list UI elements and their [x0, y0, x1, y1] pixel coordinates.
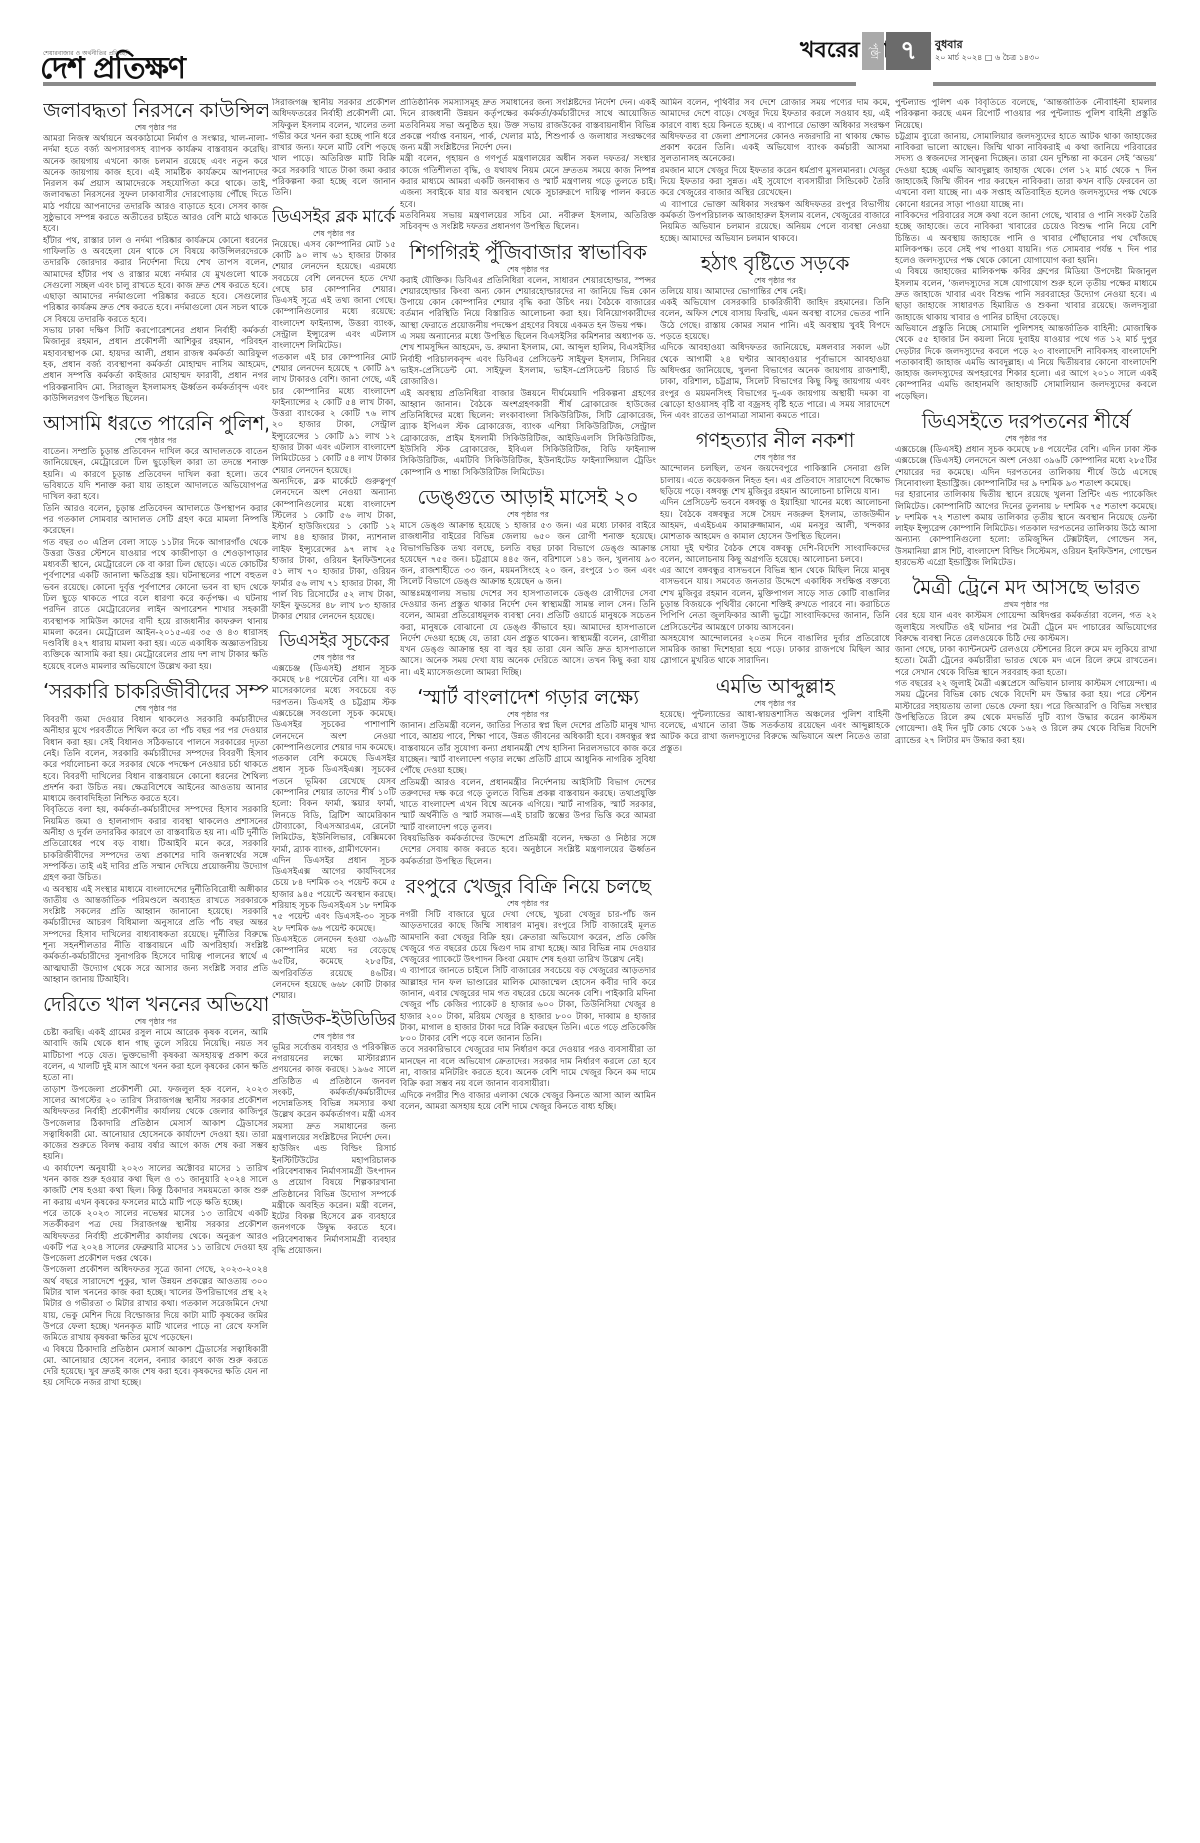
news-article: ডিএসইর ব্লক মার্কেটেশেষ পৃষ্ঠার পরনিয়েছ… — [272, 206, 396, 624]
article-paragraph: ডিএসইতে লেনদেন হওয়া ৩৯৬টি কোম্পানির মধ্… — [272, 935, 396, 1003]
article-paragraph: আন্তঃমন্ত্রণালয় সভায় দেশের সব হাসপাতাল… — [400, 589, 656, 679]
article-headline[interactable]: গণহত্যার নীল নকশা — [660, 428, 890, 452]
article-body: মাসে ডেঙ্গু আক্রান্ত হয়েছে ১ হাজার ৫৩ জ… — [400, 521, 656, 679]
news-article: রাজউক-ইউডিডিরশেষ পৃষ্ঠার পরভূমির সর্বোত্… — [272, 1009, 396, 1258]
article-paragraph: এ ব্যাপারে ভোক্তা অধিকার সংরক্ষণ অধিদফতর… — [660, 200, 890, 245]
article-paragraph: উপজেলা প্রকৌশল অধিদফতর সূত্রে জানা গেছে,… — [43, 1265, 268, 1344]
article-paragraph: পরে তাকে ২০২৩ সালের নভেম্বর মাসের ১৩ তার… — [43, 1209, 268, 1265]
header-rule-left — [43, 82, 856, 86]
article-paragraph: চেষ্টা করছি। একই গ্রামের রসুল নামে আরেক … — [43, 1028, 268, 1084]
continued-label: শেষ পৃষ্ঠার পর — [43, 122, 268, 133]
article-paragraph: সিরাজগঞ্জ স্থানীয় সরকার প্রকৌশল অধিদফতর… — [272, 98, 396, 200]
news-article: ‘সরকারি চাকরিজীবীদের সম্পদের তথ্যশেষ পৃষ… — [43, 679, 268, 986]
article-body: নগরী সিটি বাজারে ঘুরে দেখা গেছে, খুচরা খ… — [400, 910, 656, 1113]
continued-label: শেষ পৃষ্ঠার পর — [895, 433, 1157, 444]
article-paragraph: করাই যৌক্তিক। ডিবিএর প্রতিনিধিরা বলেন, স… — [400, 276, 656, 332]
article-paragraph: এ বিষয়ে ঠিকাদারি প্রতিষ্ঠান মেসার্স আকা… — [43, 1345, 268, 1390]
article-paragraph: এদিকে নগরীর শিও বাজার এলাকা থেকে খেজুর ক… — [400, 1091, 656, 1114]
masthead: শেয়ারবাজার ও অর্থনীতির প্রতিচ্ছবি দেশ প… — [0, 0, 1200, 95]
article-headline[interactable]: রংপুরে খেজুর বিক্রি নিয়ে চলছে — [400, 874, 656, 898]
article-headline[interactable]: রাজউক-ইউডিডির — [272, 1009, 396, 1031]
article-paragraph: চট্টগ্রাম ব্যুরো জানায়, সোমালিয়ার জলদস… — [895, 132, 1157, 211]
article-paragraph: আমিন বলেন, পৃথিবীর সব দেশে রোজার সময় পণ… — [660, 98, 890, 166]
article-paragraph: বাতেন। সম্প্রতি চূড়ান্ত প্রতিবেদন দাখিল… — [43, 447, 268, 503]
article-body: সিরাজগঞ্জ স্থানীয় সরকার প্রকৌশল অধিদফতর… — [272, 98, 396, 200]
article-paragraph: এ সময় অন্যান্যের মধ্যে উপস্থিত ছিলেন বি… — [400, 332, 656, 388]
article-headline[interactable]: ডিএসইর সূচকের — [272, 630, 396, 652]
article-paragraph: আন্দোলন চলছিল, তখন জয়দেবপুরে পাকিস্তানি… — [660, 464, 890, 498]
article-paragraph: হাউজিং এন্ড বিল্ডিং রিসার্চ ইনস্টিটিউটের… — [272, 1144, 396, 1257]
continued-label: শেষ পৃষ্ঠার পর — [272, 652, 396, 663]
continued-label: শেষ পৃষ্ঠার পর — [660, 452, 890, 463]
article-paragraph: হাঁটার পথ, রাস্তার ঢাল ও নর্দমা পরিষ্কার… — [43, 236, 268, 326]
article-paragraph: হয়েছে। পুন্টল্যান্ডের আধা-স্বায়ত্তশাসি… — [660, 710, 890, 755]
article-paragraph: পুন্টল্যান্ড পুলিশ এক বিবৃতিতে বলেছে, ‘আ… — [895, 98, 1157, 132]
article-headline[interactable]: জলাবদ্ধতা নিরসনে কাউন্সিলরদের মাঠে — [43, 98, 268, 122]
article-headline[interactable]: মৈত্রী ট্রেনে মদ আসছে ভারত — [895, 575, 1157, 599]
newspaper-logo[interactable]: দেশ প্রতিক্ষণ — [40, 54, 185, 84]
article-paragraph: তাড়াশ উপজেলা প্রকৌশলী মো. ফজলুল হক বলেন… — [43, 1085, 268, 1164]
article-headline[interactable]: ‘স্মার্ট বাংলাদেশ গড়ার লক্ষ্যে — [400, 685, 656, 709]
article-body: জানান। প্রতিমন্ত্রী বলেন, জাতির পিতার স্… — [400, 721, 656, 868]
article-body: হয়েছে। পুন্টল্যান্ডের আধা-স্বায়ত্তশাসি… — [660, 710, 890, 755]
continued-label: শেষ পৃষ্ঠার পর — [660, 698, 890, 709]
article-paragraph: গত বছরের ২২ জুলাই মৈত্রী এক্সপ্রেসে অভিয… — [895, 679, 1157, 747]
date-full: ২০ মার্চ ২০২৪ □ ৬ চৈত্র ১৪৩০ — [935, 52, 1040, 65]
article-paragraph: প্রতিমন্ত্রী আরও বলেন, প্রধানমন্ত্রীর নি… — [400, 778, 656, 834]
continued-label: শেষ পৃষ্ঠার পর — [400, 264, 656, 275]
article-paragraph: প্রাতিষ্ঠানিক সমস্যাসমূহ দ্রুত সমাধানের … — [400, 98, 656, 154]
article-paragraph: এ বিষয়ে জাহাজের মালিকপক্ষ কবির গ্রুপের … — [895, 267, 1157, 323]
article-paragraph: তবে সরকারিভাবে খেজুরের দাম নির্ধারণ করে … — [400, 1045, 656, 1090]
article-body: নিয়েছে। এসব কোম্পানির মোট ১৫ কোটি ৯০ লা… — [272, 240, 396, 624]
article-paragraph: গতকাল এই চার কোম্পানির মোট শেয়ার লেনদেন… — [272, 353, 396, 477]
article-paragraph: এর আগে বঙ্গবন্ধুর বাসভবনে বিভিন্ন স্থান … — [660, 566, 890, 634]
article-paragraph: গত বছর ৩০ এপ্রিল বেলা সাড়ে ১১টার দিকে আ… — [43, 538, 268, 674]
article-paragraph: রমজান মাসে খেজুর দিয়ে ইফতার করেন ধর্মপ্… — [660, 166, 890, 200]
article-paragraph: নগরী সিটি বাজারে ঘুরে দেখা গেছে, খুচরা খ… — [400, 910, 656, 966]
page-label: পৃষ্ঠা — [862, 32, 884, 70]
article-paragraph: বিষয়ভিত্তিক কর্মকর্তাদের উদ্দেশে প্রতিম… — [400, 834, 656, 868]
article-paragraph: এ অবস্থায় এই সংস্থার মাধ্যমে বাংলাদেশের… — [43, 885, 268, 987]
article-headline[interactable]: দেরিতে খাল খননের অভিযোগ, — [43, 992, 268, 1016]
article-body: বের হয়ে যান এবং কাস্টমস গোয়েন্দা অধিদপ… — [895, 611, 1157, 747]
article-paragraph: অন্যদিকে, ব্লক মার্কেটে গুরুত্বপূর্ণ লেন… — [272, 477, 396, 624]
article-paragraph: নিয়েছে। এসব কোম্পানির মোট ১৫ কোটি ৯০ লা… — [272, 240, 396, 353]
news-article: শিগগিরই পুঁজিবাজার স্বাভাবিকশেষ পৃষ্ঠার … — [400, 240, 656, 479]
column-3: প্রাতিষ্ঠানিক সমস্যাসমূহ দ্রুত সমাধানের … — [400, 98, 656, 1798]
article-paragraph: অসহযোগ আন্দোলনের ২০তম দিনে বাঙালির দুর্ব… — [660, 634, 890, 668]
article-body: এক্সচেঞ্জ (ডিএসই) প্রধান সূচক কমেছে ৮৪ প… — [272, 664, 396, 1003]
article-paragraph: বিবৃতিতে বলা হয়, কর্মকর্তা-কর্মচারীদের … — [43, 805, 268, 884]
article-body: বিবরণী জমা দেওয়ার বিধান থাকলেও সরকারি ক… — [43, 715, 268, 986]
article-body: তলিয়ে যায়। আমাদের ভোগান্তির শেষ নেই।এক… — [660, 287, 890, 423]
article-paragraph: নাবিকদের পরিবারের সঙ্গে কথা বলে জানা গেছ… — [895, 211, 1157, 267]
column-1: জলাবদ্ধতা নিরসনে কাউন্সিলরদের মাঠেশেষ পৃ… — [43, 98, 268, 1798]
article-paragraph: সভায় ঢাকা দক্ষিণ সিটি করপোরেশনের প্রধান… — [43, 326, 268, 405]
continued-label: শেষ পৃষ্ঠার পর — [400, 709, 656, 720]
article-paragraph: জানা গেছে, ঢাকা ক্যান্টনমেন্ট রেলওয়ে স্… — [895, 645, 1157, 679]
article-body: আন্দোলন চলছিল, তখন জয়দেবপুরে পাকিস্তানি… — [660, 464, 890, 667]
article-paragraph: গতকাল বেশি কমেছে ডিএসইর প্রধান সূচক ডিএস… — [272, 754, 396, 856]
news-article: হঠাৎ বৃষ্টিতে সড়কেশেষ পৃষ্ঠার পরতলিয়ে … — [660, 251, 890, 423]
article-headline[interactable]: হঠাৎ বৃষ্টিতে সড়কে — [660, 251, 890, 275]
article-paragraph: বিবরণী জমা দেওয়ার বিধান থাকলেও সরকারি ক… — [43, 715, 268, 805]
continued-label: শেষ পৃষ্ঠার পর — [272, 1031, 396, 1042]
article-paragraph: এ কার্যাদেশ অনুযায়ী ২০২৩ সালের অক্টোবর … — [43, 1164, 268, 1209]
article-body: আমিন বলেন, পৃথিবীর সব দেশে রোজার সময় পণ… — [660, 98, 890, 245]
news-article: গণহত্যার নীল নকশাশেষ পৃষ্ঠার পরআন্দোলন চ… — [660, 428, 890, 667]
continued-label: শেষ পৃষ্ঠার পর — [400, 898, 656, 909]
article-paragraph: একই অভিযোগ বেসরকারি চাকরিজীবী জাহিদ রহমা… — [660, 298, 890, 343]
page-number: ৭ — [886, 32, 931, 70]
article-headline[interactable]: শিগগিরই পুঁজিবাজার স্বাভাবিক — [400, 240, 656, 264]
continued-label: শেষ পৃষ্ঠার পর — [43, 1016, 268, 1027]
news-article: আসামি ধরতে পারেনি পুলিশ, মামলাশেষ পৃষ্ঠা… — [43, 411, 268, 673]
continued-label: প্রথম পৃষ্ঠার পর — [895, 599, 1157, 610]
news-article: জলাবদ্ধতা নিরসনে কাউন্সিলরদের মাঠেশেষ পৃ… — [43, 98, 268, 405]
article-paragraph: আমরা নিজস্ব অর্থায়নে অবকাঠামো নির্মাণ ও… — [43, 134, 268, 236]
news-article: আমিন বলেন, পৃথিবীর সব দেশে রোজার সময় পণ… — [660, 98, 890, 245]
article-paragraph: অভিযানে প্রস্তুতি নিচ্ছে সোমালি পুলিশসহ … — [895, 324, 1157, 403]
article-paragraph: তিনি আরও বলেন, চূড়ান্ত প্রতিবেদন আদালতে… — [43, 504, 268, 538]
article-body: আমরা নিজস্ব অর্থায়নে অবকাঠামো নির্মাণ ও… — [43, 134, 268, 405]
article-headline[interactable]: এমভি আব্দুল্লাহ — [660, 674, 890, 698]
news-article: প্রাতিষ্ঠানিক সমস্যাসমূহ দ্রুত সমাধানের … — [400, 98, 656, 234]
article-paragraph: এ ব্যাপারে জানতে চাইলে সিটি বাজারের সবচে… — [400, 966, 656, 1045]
article-paragraph: এক্সচেঞ্জ (ডিএসই) প্রধান সূচক কমেছে ৮৪ প… — [272, 664, 396, 754]
article-paragraph: বের হয়ে যান এবং কাস্টমস গোয়েন্দা অধিদপ… — [895, 611, 1157, 645]
article-headline[interactable]: ডেঙ্গুতে আড়াই মাসেই ২০ — [400, 485, 656, 509]
news-article: সিরাজগঞ্জ স্থানীয় সরকার প্রকৌশল অধিদফতর… — [272, 98, 396, 200]
news-article: পুন্টল্যান্ড পুলিশ এক বিবৃতিতে বলেছে, ‘আ… — [895, 98, 1157, 403]
article-paragraph: জানান। প্রতিমন্ত্রী বলেন, জাতির পিতার স্… — [400, 721, 656, 777]
continued-label: শেষ পৃষ্ঠার পর — [43, 703, 268, 714]
article-headline[interactable]: আসামি ধরতে পারেনি পুলিশ, মামলা — [43, 411, 268, 435]
header-rule-right — [933, 82, 1156, 86]
article-paragraph: মন্ত্রী বলেন, গৃহায়ন ও গণপূর্ত মন্ত্রণা… — [400, 154, 656, 210]
news-article: এমভি আব্দুল্লাহশেষ পৃষ্ঠার পরহয়েছে। পুন… — [660, 674, 890, 755]
column-2: সিরাজগঞ্জ স্থানীয় সরকার প্রকৌশল অধিদফতর… — [272, 98, 396, 1798]
article-paragraph: ভূমির সর্বোত্তম ব্যবহার ও পরিকল্পিত নগরা… — [272, 1043, 396, 1145]
article-headline[interactable]: ডিএসইর ব্লক মার্কেটে — [272, 206, 396, 228]
article-paragraph: এক্সচেঞ্জে (ডিএসই) প্রধান সূচক কমেছে ৮৪ … — [895, 445, 1157, 490]
article-paragraph: তলিয়ে যায়। আমাদের ভোগান্তির শেষ নেই। — [660, 287, 890, 298]
news-article: মৈত্রী ট্রেনে মদ আসছে ভারতপ্রথম পৃষ্ঠার … — [895, 575, 1157, 747]
continued-label: শেষ পৃষ্ঠার পর — [400, 509, 656, 520]
article-paragraph: মতবিনিময় সভায় মন্ত্রণালয়ের সচিব মো. ন… — [400, 211, 656, 234]
article-body: প্রাতিষ্ঠানিক সমস্যাসমূহ দ্রুত সমাধানের … — [400, 98, 656, 234]
article-paragraph: এদিন ডিএসইর প্রধান সূচক ডিএসইএক্স আগের ক… — [272, 856, 396, 935]
article-paragraph: এদিন প্রেসিডেন্ট ভবনে বঙ্গবন্ধু ও ইয়াহি… — [660, 498, 890, 543]
continued-label: শেষ পৃষ্ঠার পর — [43, 435, 268, 446]
article-headline[interactable]: ডিএসইতে দরপতনের শীর্ষে — [895, 409, 1157, 433]
article-paragraph: এই অবস্থায় প্রতিনিধিরা বাজার উন্নয়নে দ… — [400, 389, 656, 479]
article-paragraph: দর হারানোর তালিকায় দ্বিতীয় স্থানে রয়ে… — [895, 490, 1157, 569]
article-body: পুন্টল্যান্ড পুলিশ এক বিবৃতিতে বলেছে, ‘আ… — [895, 98, 1157, 403]
article-body: ভূমির সর্বোত্তম ব্যবহার ও পরিকল্পিত নগরা… — [272, 1043, 396, 1258]
continued-label: শেষ পৃষ্ঠার পর — [272, 228, 396, 239]
column-4: আমিন বলেন, পৃথিবীর সব দেশে রোজার সময় পণ… — [660, 98, 890, 1798]
article-paragraph: এদিকে আবহাওয়া অধিদফতর জানিয়েছে, মঙ্গলব… — [660, 343, 890, 422]
article-paragraph: মাসে ডেঙ্গু আক্রান্ত হয়েছে ১ হাজার ৫৩ জ… — [400, 521, 656, 589]
news-article: ডেঙ্গুতে আড়াই মাসেই ২০শেষ পৃষ্ঠার পরমাস… — [400, 485, 656, 679]
article-body: বাতেন। সম্প্রতি চূড়ান্ত প্রতিবেদন দাখিল… — [43, 447, 268, 673]
article-headline[interactable]: ‘সরকারি চাকরিজীবীদের সম্পদের তথ্য — [43, 679, 268, 703]
news-article: রংপুরে খেজুর বিক্রি নিয়ে চলছেশেষ পৃষ্ঠা… — [400, 874, 656, 1113]
article-paragraph: সোয়া দুই ঘণ্টার বৈঠক শেষে বঙ্গবন্ধু দেশ… — [660, 544, 890, 567]
continued-label: শেষ পৃষ্ঠার পর — [660, 275, 890, 286]
news-article: ডিএসইতে দরপতনের শীর্ষেশেষ পৃষ্ঠার পরএক্স… — [895, 409, 1157, 569]
news-article: ডিএসইর সূচকেরশেষ পৃষ্ঠার পরএক্সচেঞ্জ (ডি… — [272, 630, 396, 1003]
news-article: ‘স্মার্ট বাংলাদেশ গড়ার লক্ষ্যেশেষ পৃষ্ঠ… — [400, 685, 656, 868]
article-body: চেষ্টা করছি। একই গ্রামের রসুল নামে আরেক … — [43, 1028, 268, 1390]
article-body: করাই যৌক্তিক। ডিবিএর প্রতিনিধিরা বলেন, স… — [400, 276, 656, 479]
column-5: পুন্টল্যান্ড পুলিশ এক বিবৃতিতে বলেছে, ‘আ… — [895, 98, 1157, 1798]
article-body: এক্সচেঞ্জে (ডিএসই) প্রধান সূচক কমেছে ৮৪ … — [895, 445, 1157, 569]
news-article: দেরিতে খাল খননের অভিযোগ,শেষ পৃষ্ঠার পরচে… — [43, 992, 268, 1390]
